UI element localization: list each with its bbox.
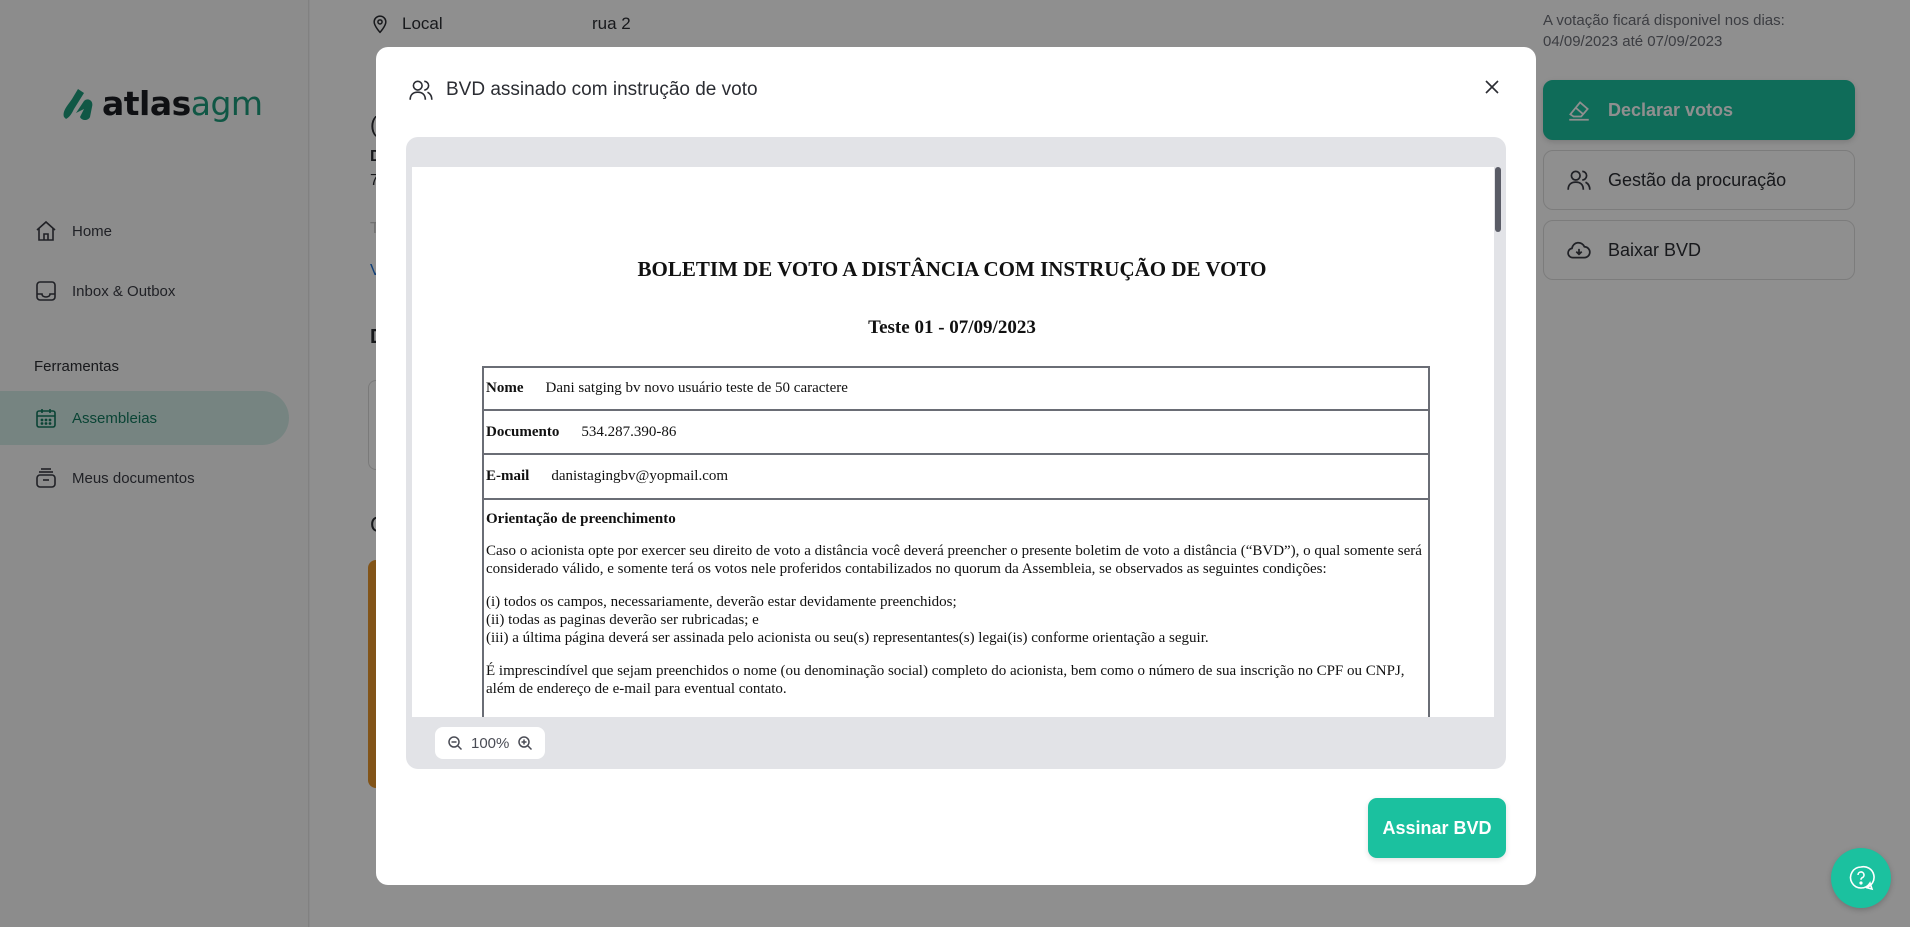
closing-paragraph: É imprescindível que sejam preenchidos o… bbox=[486, 662, 1426, 698]
zoom-in-icon[interactable] bbox=[517, 735, 533, 751]
zoom-out-icon[interactable] bbox=[447, 735, 463, 751]
guidance-section: Orientação de preenchimento Caso o acion… bbox=[482, 498, 1430, 717]
modal-header: BVD assinado com instrução de voto bbox=[408, 77, 758, 103]
field-key: Nome bbox=[486, 380, 524, 397]
field-key: E-mail bbox=[486, 468, 529, 485]
condition-item: (ii) todas as paginas deverão ser rubric… bbox=[486, 611, 1426, 629]
pdf-scrollbar-thumb[interactable] bbox=[1495, 167, 1501, 232]
field-value: danistagingbv@yopmail.com bbox=[551, 468, 728, 485]
pdf-scrollbar[interactable] bbox=[1494, 167, 1502, 717]
zoom-level: 100% bbox=[471, 735, 509, 752]
pdf-viewer: BOLETIM DE VOTO A DISTÂNCIA COM INSTRUÇÃ… bbox=[406, 137, 1506, 769]
guidance-paragraph: Caso o acionista opte por exercer seu di… bbox=[486, 542, 1426, 578]
document-title: BOLETIM DE VOTO A DISTÂNCIA COM INSTRUÇÃ… bbox=[412, 257, 1492, 282]
field-key: Documento bbox=[486, 424, 559, 441]
document-field-row: Nome Dani satging bv novo usuário teste … bbox=[482, 366, 1430, 409]
condition-item: (i) todos os campos, necessariamente, de… bbox=[486, 593, 1426, 611]
close-button[interactable] bbox=[1480, 75, 1504, 99]
field-value: 534.287.390-86 bbox=[581, 424, 676, 441]
field-value: Dani satging bv novo usuário teste de 50… bbox=[546, 380, 848, 397]
document-field-row: E-mail danistagingbv@yopmail.com bbox=[482, 453, 1430, 498]
bvd-modal: BVD assinado com instrução de voto BOLET… bbox=[376, 47, 1536, 885]
guidance-heading: Orientação de preenchimento bbox=[486, 510, 1426, 528]
condition-item: (iii) a última página deverá ser assinad… bbox=[486, 629, 1426, 647]
pdf-page-area[interactable]: BOLETIM DE VOTO A DISTÂNCIA COM INSTRUÇÃ… bbox=[412, 167, 1502, 717]
assinar-bvd-button[interactable]: Assinar BVD bbox=[1368, 798, 1506, 858]
help-chat-button[interactable] bbox=[1831, 848, 1891, 908]
document-field-row: Documento 534.287.390-86 bbox=[482, 409, 1430, 453]
close-icon bbox=[1484, 79, 1500, 95]
document-fields-table: Nome Dani satging bv novo usuário teste … bbox=[482, 366, 1430, 717]
help-chat-icon bbox=[1846, 863, 1876, 893]
users-icon bbox=[408, 77, 434, 103]
document-subtitle: Teste 01 - 07/09/2023 bbox=[412, 317, 1492, 339]
zoom-control: 100% bbox=[435, 727, 545, 759]
modal-title: BVD assinado com instrução de voto bbox=[446, 79, 758, 101]
